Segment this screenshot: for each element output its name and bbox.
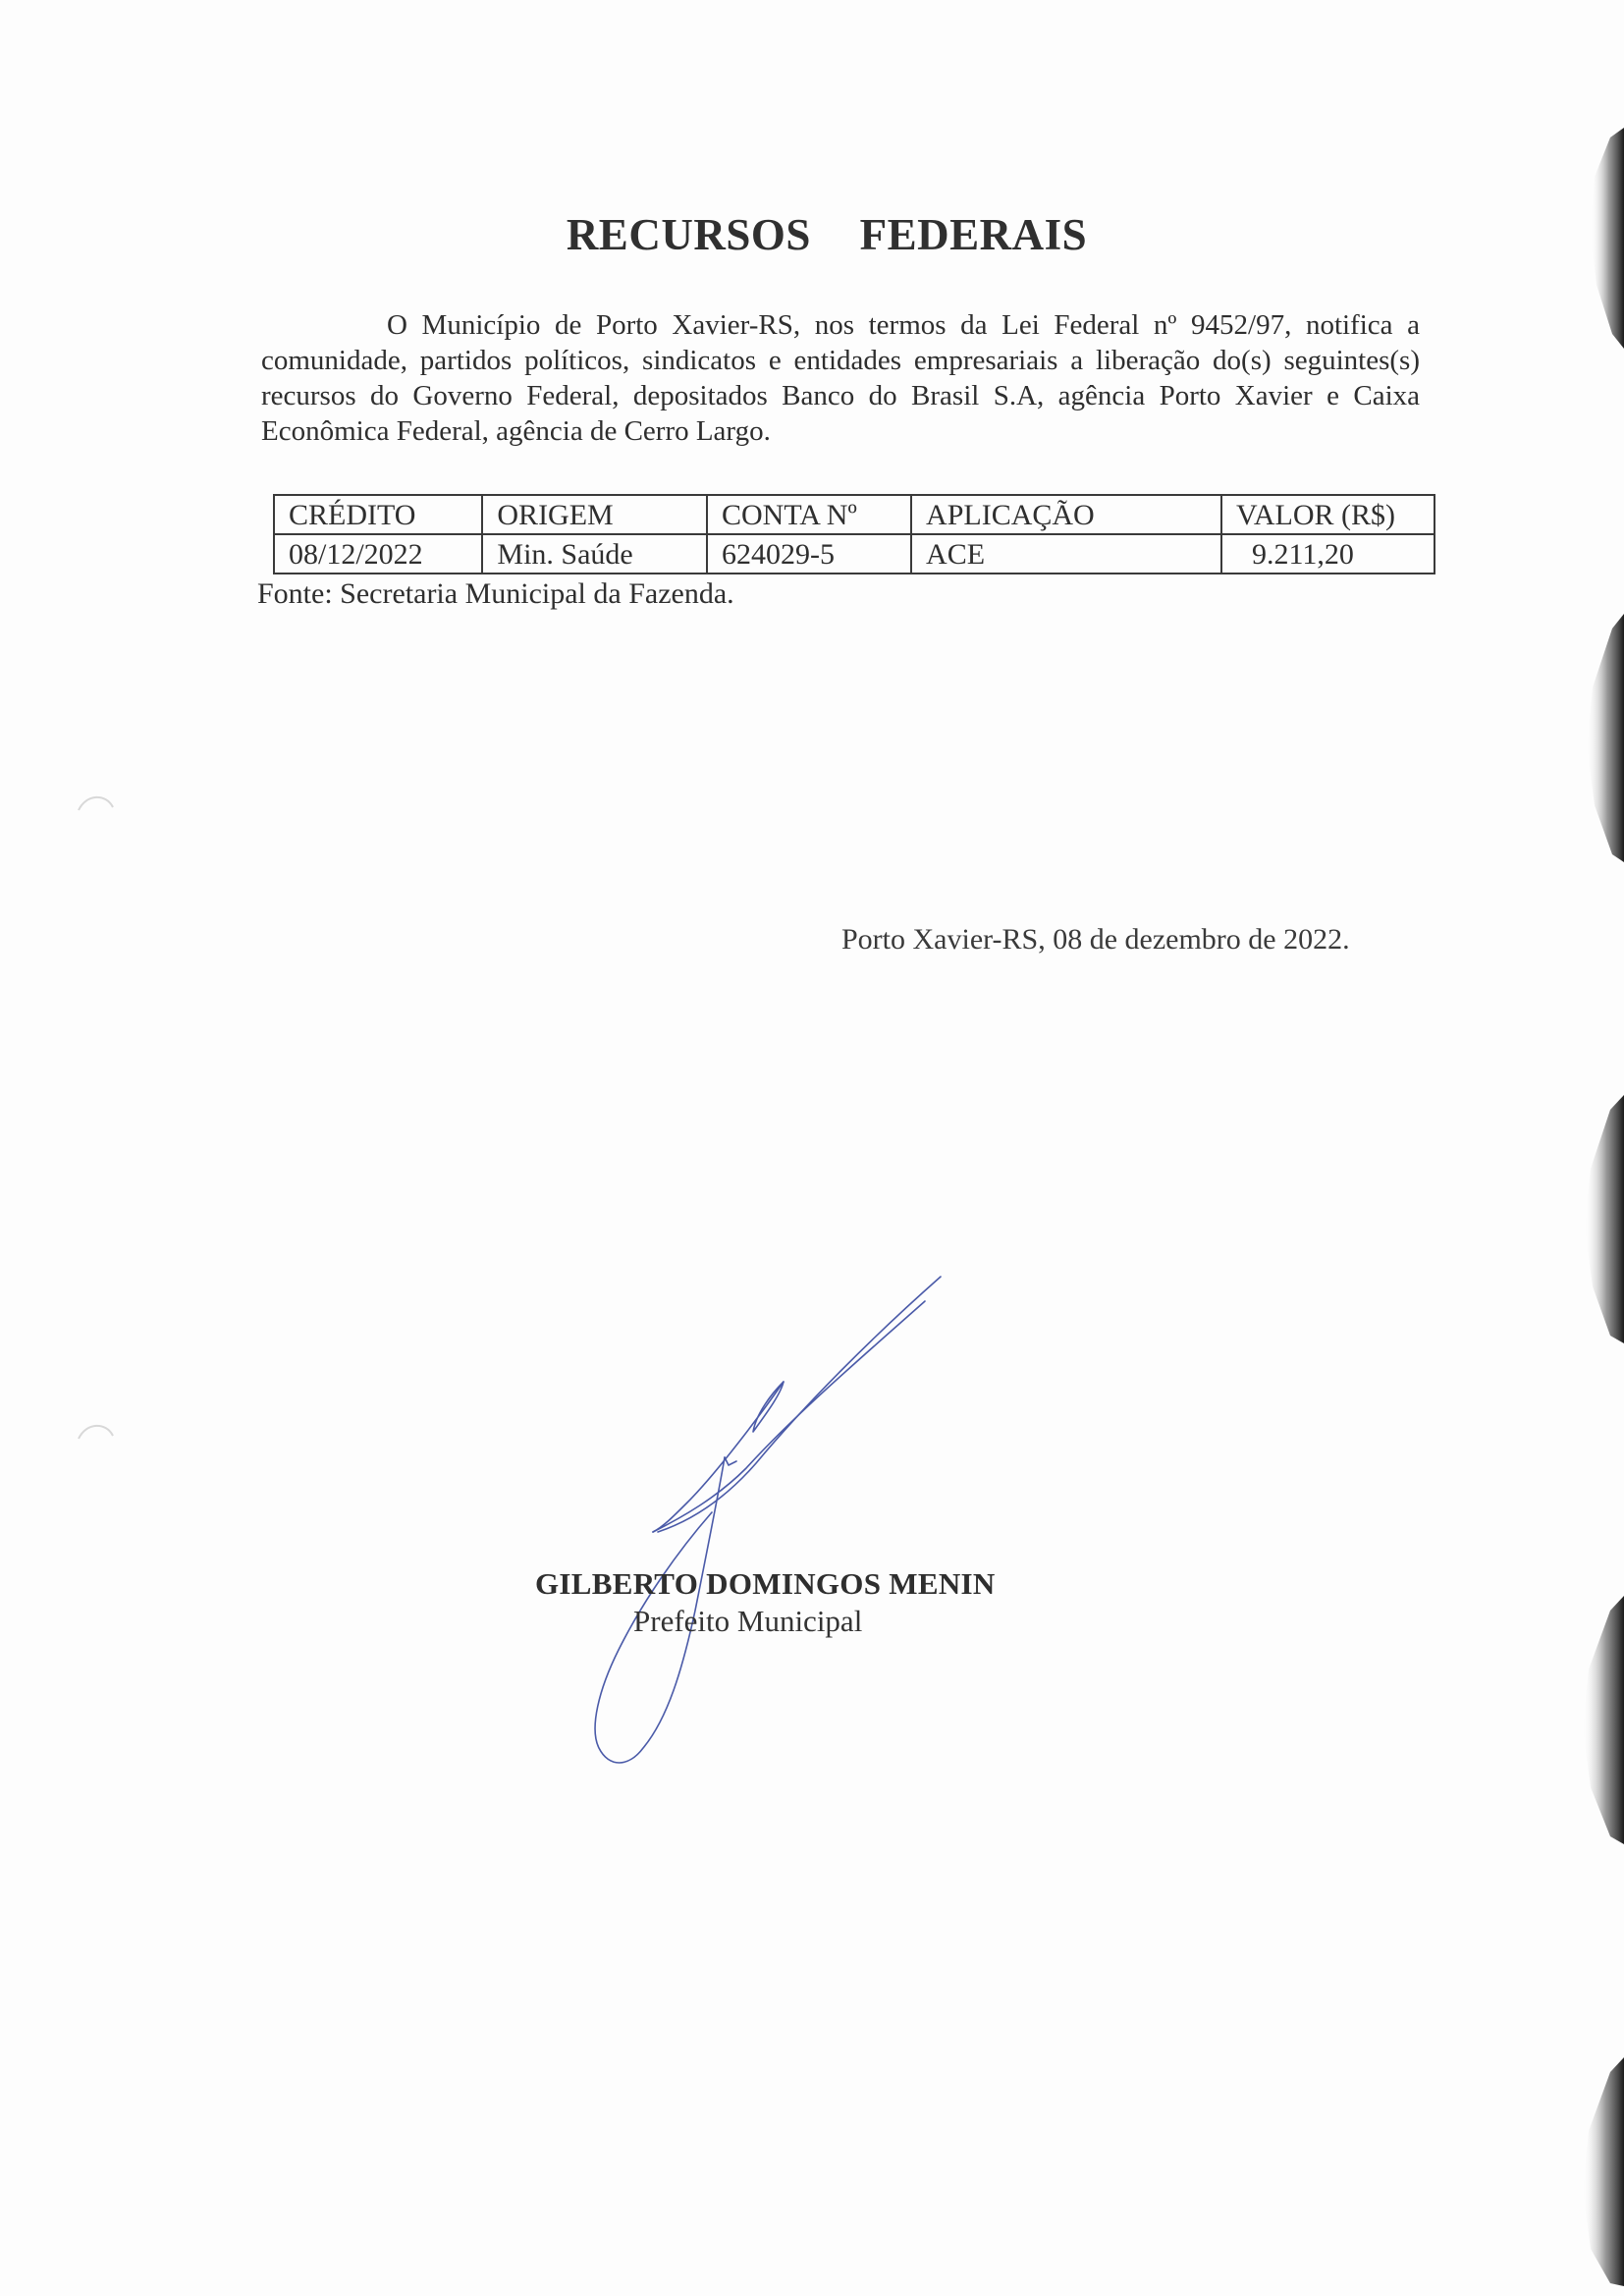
scan-edge-shadow-icon — [1551, 1591, 1624, 1846]
handwritten-signature — [550, 1257, 962, 1846]
signer-name: GILBERTO DOMINGOS MENIN — [535, 1566, 996, 1602]
document-page: RECURSOS FEDERAIS O Município de Porto X… — [0, 0, 1624, 2296]
header-credito: CRÉDITO — [274, 495, 482, 534]
scan-edge-shadow-icon — [1551, 609, 1624, 864]
scan-edge-shadow-icon — [1551, 1090, 1624, 1345]
source-note: Fonte: Secretaria Municipal da Fazenda. — [257, 577, 734, 611]
header-conta: CONTA Nº — [707, 495, 911, 534]
cell-credito: 08/12/2022 — [274, 534, 482, 574]
body-paragraph: O Município de Porto Xavier-RS, nos term… — [261, 307, 1420, 449]
table-header-row: CRÉDITO ORIGEM CONTA Nº APLICAÇÃO VALOR … — [274, 495, 1435, 534]
document-title: RECURSOS FEDERAIS — [0, 209, 1624, 260]
resources-table: CRÉDITO ORIGEM CONTA Nº APLICAÇÃO VALOR … — [273, 494, 1435, 574]
body-paragraph-text: O Município de Porto Xavier-RS, nos term… — [261, 309, 1420, 447]
place-date: Porto Xavier-RS, 08 de dezembro de 2022. — [841, 923, 1350, 957]
cell-conta: 624029-5 — [707, 534, 911, 574]
table-row: 08/12/2022 Min. Saúde 624029-5 ACE 9.211… — [274, 534, 1435, 574]
header-valor: VALOR (R$) — [1221, 495, 1435, 534]
header-aplicacao: APLICAÇÃO — [911, 495, 1221, 534]
signer-role: Prefeito Municipal — [633, 1604, 862, 1639]
cell-valor: 9.211,20 — [1221, 534, 1435, 574]
cell-origem: Min. Saúde — [482, 534, 707, 574]
cell-aplicacao: ACE — [911, 534, 1221, 574]
punch-hole-mark-icon — [69, 786, 128, 825]
punch-hole-mark-icon — [69, 1414, 128, 1453]
scan-edge-shadow-icon — [1551, 2052, 1624, 2288]
header-origem: ORIGEM — [482, 495, 707, 534]
